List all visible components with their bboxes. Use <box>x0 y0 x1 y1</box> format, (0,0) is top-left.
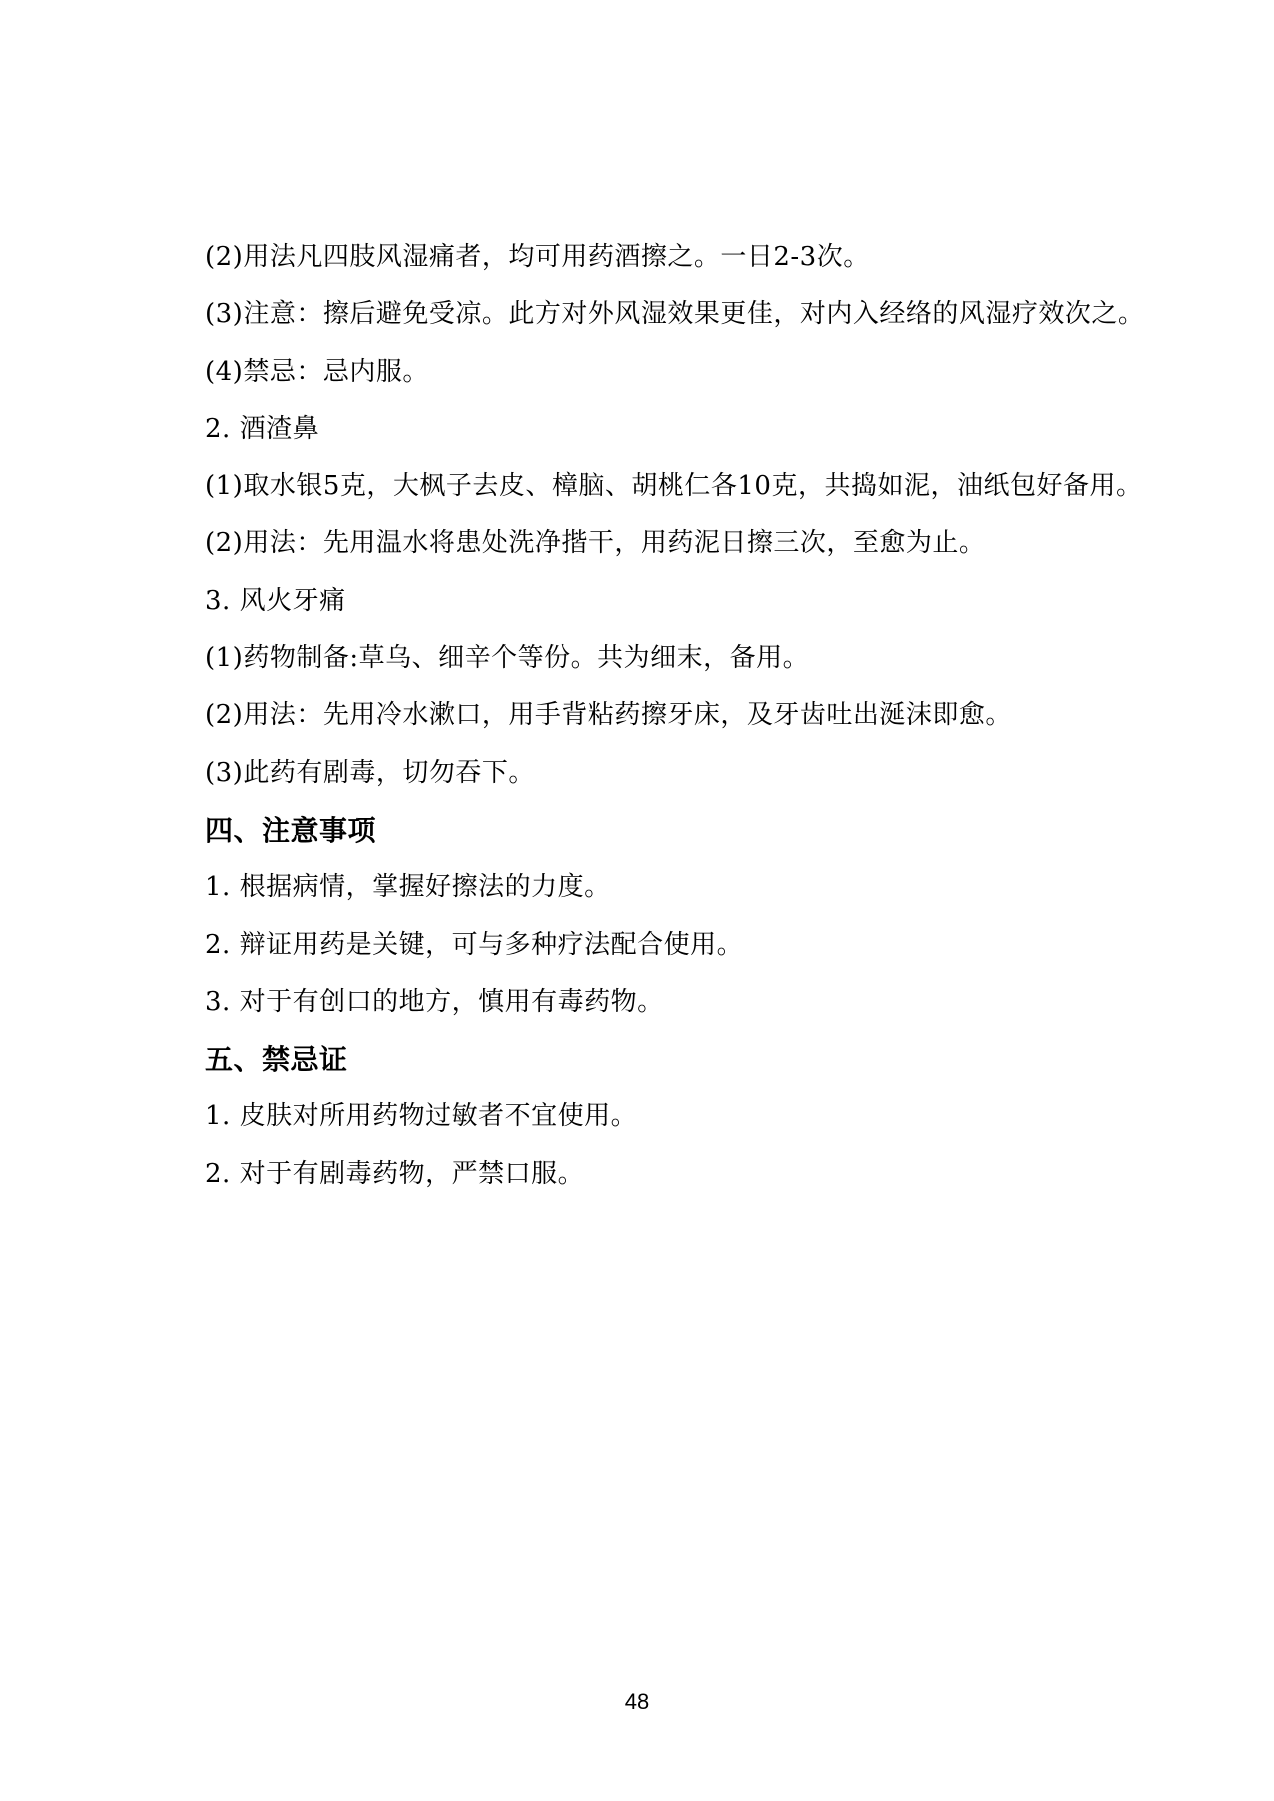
heading-precautions: 四、注意事项 <box>205 802 1145 859</box>
para-prep-mercury: (1)取水银5克，大枫子去皮、樟脑、胡桃仁各10克，共捣如泥，油纸包好备用。 <box>205 458 1145 515</box>
heading-contraindications: 五、禁忌证 <box>205 1031 1145 1088</box>
page-number: 48 <box>0 1689 1274 1715</box>
para-usage-rheumatism: (2)用法凡四肢风湿痛者，均可用药酒擦之。一日2-3次。 <box>205 229 1145 286</box>
para-note-avoid-cold: (3)注意：擦后避免受凉。此方对外风湿效果更佳，对内入经络的风湿疗效次之。 <box>205 286 1145 343</box>
para-warning-poison: (3)此药有剧毒，切勿吞下。 <box>205 745 1145 802</box>
para-prep-herbs: (1)药物制备:草乌、细辛个等份。共为细末，备用。 <box>205 630 1145 687</box>
para-usage-wash: (2)用法：先用温水将患处洗净揩干，用药泥日擦三次，至愈为止。 <box>205 515 1145 572</box>
para-contraindication-1: 1. 皮肤对所用药物过敏者不宜使用。 <box>205 1088 1145 1145</box>
para-usage-rinse: (2)用法：先用冷水漱口，用手背粘药擦牙床，及牙齿吐出涎沫即愈。 <box>205 687 1145 744</box>
para-contraindication-2: 2. 对于有剧毒药物，严禁口服。 <box>205 1146 1145 1203</box>
para-item-rosacea: 2. 酒渣鼻 <box>205 401 1145 458</box>
para-precaution-3: 3. 对于有创口的地方，慎用有毒药物。 <box>205 974 1145 1031</box>
document-page: (2)用法凡四肢风湿痛者，均可用药酒擦之。一日2-3次。 (3)注意：擦后避免受… <box>0 0 1274 1801</box>
document-body: (2)用法凡四肢风湿痛者，均可用药酒擦之。一日2-3次。 (3)注意：擦后避免受… <box>205 229 1145 1203</box>
para-precaution-1: 1. 根据病情，掌握好擦法的力度。 <box>205 859 1145 916</box>
para-item-toothache: 3. 风火牙痛 <box>205 573 1145 630</box>
para-taboo-no-oral: (4)禁忌：忌内服。 <box>205 344 1145 401</box>
para-precaution-2: 2. 辩证用药是关键，可与多种疗法配合使用。 <box>205 917 1145 974</box>
